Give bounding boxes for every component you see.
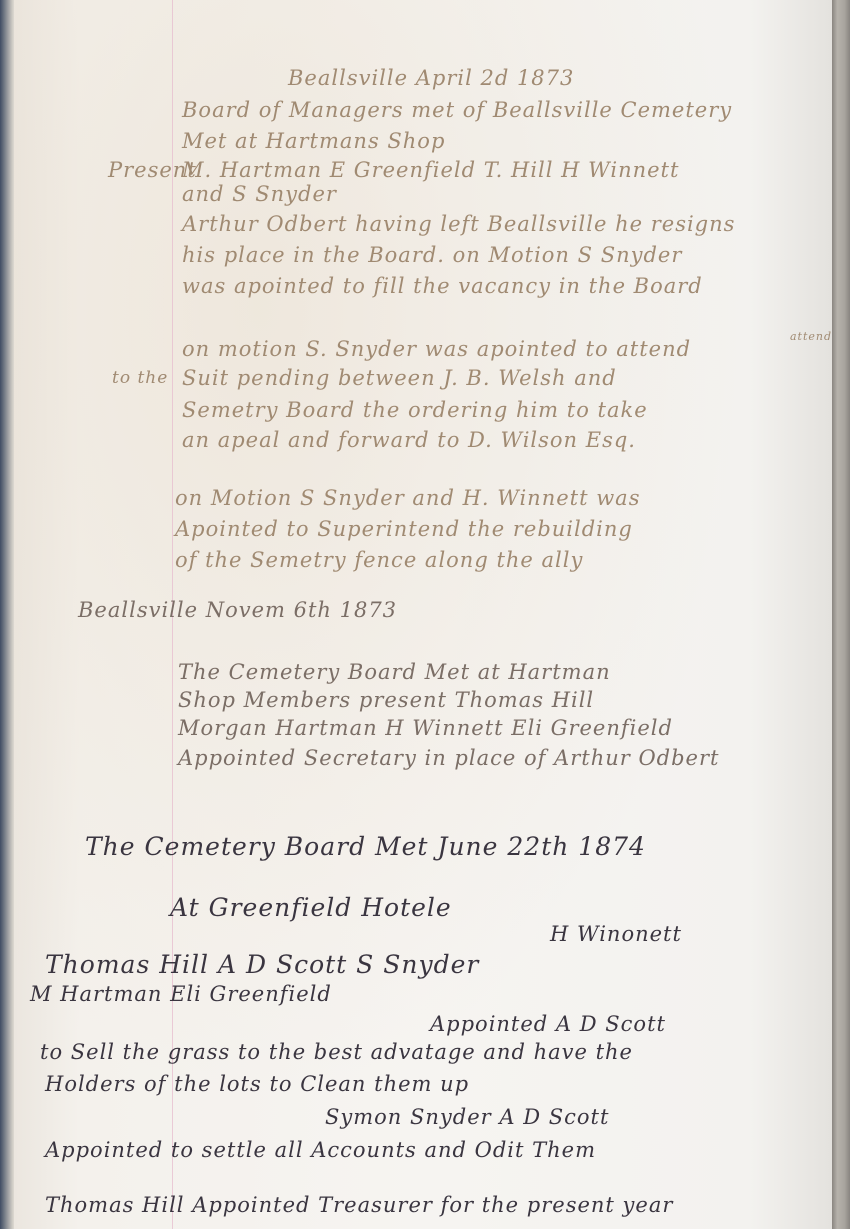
- entry-line: Suit pending between J. B. Welsh and: [182, 366, 617, 390]
- entry-line: At Greenfield Hotele: [170, 893, 452, 922]
- entry-line: H Winonett: [550, 922, 682, 946]
- entry-line: his place in the Board. on Motion S Snyd…: [182, 243, 682, 267]
- entry-line: Morgan Hartman H Winnett Eli Greenfield: [178, 716, 673, 740]
- entry-line: The Cemetery Board Met at Hartman: [178, 660, 611, 684]
- entry-line: Appointed to settle all Accounts and Odi…: [45, 1138, 596, 1162]
- entry-line: Apointed to Superintend the rebuilding: [175, 517, 633, 541]
- entry-line: to Sell the grass to the best advatage a…: [40, 1040, 633, 1064]
- entry-line: M Hartman Eli Greenfield: [30, 982, 332, 1006]
- margin-note: to the: [112, 368, 168, 388]
- entry-line: Board of Managers met of Beallsville Cem…: [182, 98, 732, 122]
- entry-line: Thomas Hill A D Scott S Snyder: [45, 950, 479, 979]
- entry-line: Shop Members present Thomas Hill: [178, 688, 594, 712]
- entry-line: M. Hartman E Greenfield T. Hill H Winnet…: [182, 158, 679, 182]
- page-gutter: [832, 0, 850, 1229]
- entry-line: Symon Snyder A D Scott: [325, 1105, 609, 1129]
- entry-date: Beallsville April 2d 1873: [288, 66, 574, 90]
- entry-line: Appointed Secretary in place of Arthur O…: [178, 746, 719, 770]
- entry-line: on Motion S Snyder and H. Winnett was: [175, 486, 640, 510]
- entry-line: on motion S. Snyder was apointed to atte…: [182, 337, 691, 361]
- entry-line: an apeal and forward to D. Wilson Esq.: [182, 428, 636, 452]
- entry-date: The Cemetery Board Met June 22th 1874: [85, 832, 646, 861]
- entry-line: Thomas Hill Appointed Treasurer for the …: [45, 1193, 673, 1217]
- entry-line: Arthur Odbert having left Beallsville he…: [182, 212, 735, 236]
- entry-line: Appointed A D Scott: [430, 1012, 666, 1036]
- entry-date: Beallsville Novem 6th 1873: [78, 598, 397, 622]
- entry-line: Semetry Board the ordering him to take: [182, 398, 648, 422]
- entry-line: of the Semetry fence along the ally: [175, 548, 583, 572]
- entry-line: Holders of the lots to Clean them up: [45, 1072, 469, 1096]
- entry-line: and S Snyder: [182, 182, 337, 206]
- entry-line: was apointed to fill the vacancy in the …: [182, 274, 703, 298]
- insertion-note: attend: [790, 330, 832, 343]
- entry-line: Met at Hartmans Shop: [182, 129, 445, 153]
